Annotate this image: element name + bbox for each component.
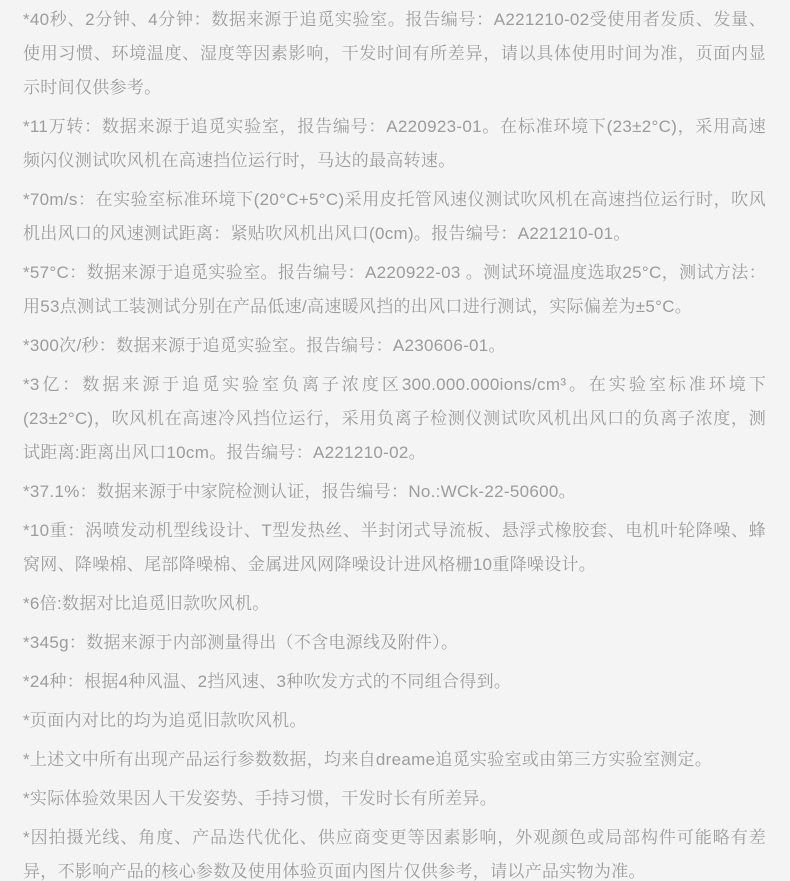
disclaimer-paragraph: *11万转：数据来源于追觅实验室，报告编号：A220923-01。在标准环境下(… [23, 110, 766, 178]
disclaimer-paragraph: *40秒、2分钟、4分钟：数据来源于追觅实验室。报告编号：A221210-02受… [23, 3, 766, 105]
disclaimer-paragraph: *57°C：数据来源于追觅实验室。报告编号：A220922-03 。测试环境温度… [23, 256, 766, 324]
disclaimer-paragraph: *3亿：数据来源于追觅实验室负离子浓度区300.000.000ions/cm³。… [23, 368, 766, 470]
disclaimer-section: *40秒、2分钟、4分钟：数据来源于追觅实验室。报告编号：A221210-02受… [0, 0, 790, 881]
disclaimer-paragraph: *上述文中所有出现产品运行参数数据，均来自dreame追觅实验室或由第三方实验室… [23, 743, 766, 777]
disclaimer-paragraph: *实际体验效果因人干发姿势、手持习惯，干发时长有所差异。 [23, 782, 766, 816]
disclaimer-paragraph: *70m/s：在实验室标准环境下(20°C+5°C)采用皮托管风速仪测试吹风机在… [23, 183, 766, 251]
disclaimer-paragraph: *因拍摄光线、角度、产品迭代优化、供应商变更等因素影响，外观颜色或局部构件可能略… [23, 821, 766, 881]
disclaimer-paragraph: *24种：根据4种风温、2挡风速、3种吹发方式的不同组合得到。 [23, 665, 766, 699]
disclaimer-paragraph: *345g：数据来源于内部测量得出（不含电源线及附件）。 [23, 626, 766, 660]
disclaimer-paragraph: *10重：涡喷发动机型线设计、T型发热丝、半封闭式导流板、悬浮式橡胶套、电机叶轮… [23, 514, 766, 582]
disclaimer-paragraph: *6倍:数据对比追觅旧款吹风机。 [23, 587, 766, 621]
disclaimer-paragraph: *37.1%：数据来源于中家院检测认证，报告编号：No.:WCk-22-5060… [23, 475, 766, 509]
disclaimer-paragraph: *页面内对比的均为追觅旧款吹风机。 [23, 704, 766, 738]
disclaimer-paragraph: *300次/秒：数据来源于追觅实验室。报告编号：A230606-01。 [23, 329, 766, 363]
